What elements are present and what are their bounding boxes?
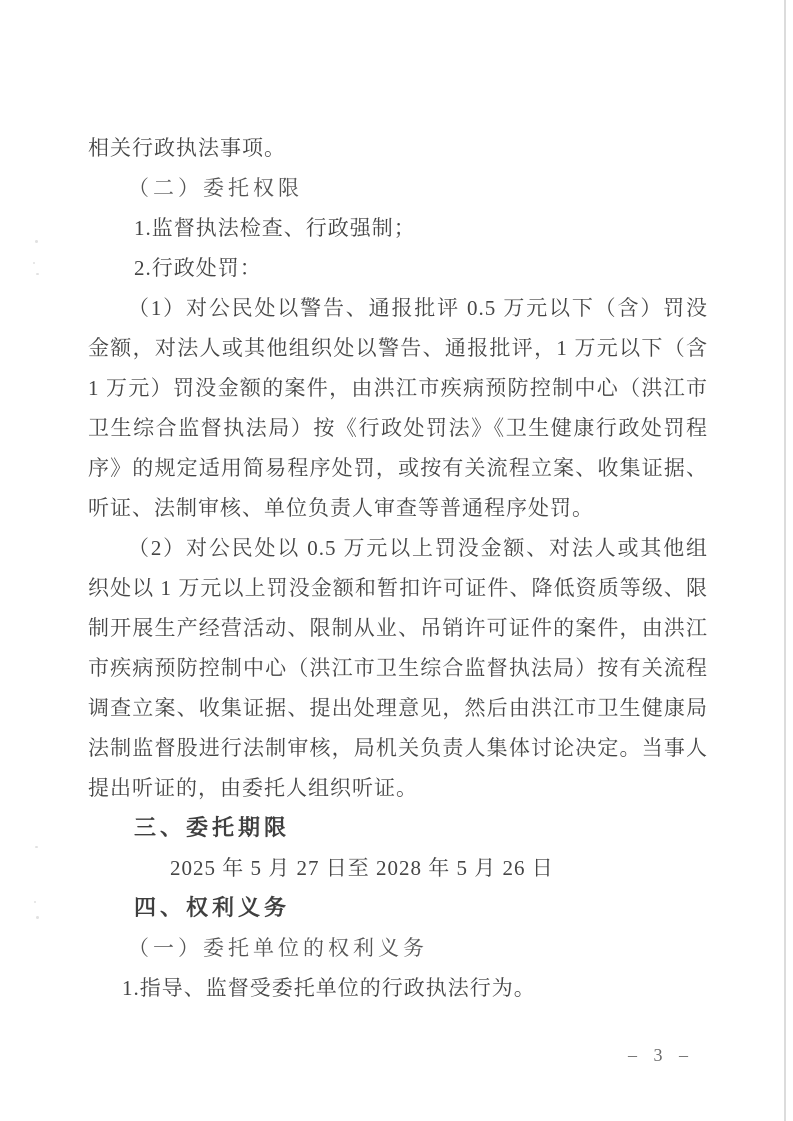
text-line: 听证、法制审核、单位负责人审查等普通程序处罚。 xyxy=(88,488,708,528)
text-line: 1.监督执法检查、行政强制； xyxy=(88,208,708,248)
scan-speck xyxy=(34,901,36,903)
section-heading: 四、权利义务 xyxy=(88,888,708,928)
text-line: 1 万元）罚没金额的案件，由洪江市疾病预防控制中心（洪江市 xyxy=(88,368,708,408)
date-range-line: 2025 年 5 月 27 日至 2028 年 5 月 26 日 xyxy=(88,848,708,888)
text-line: 相关行政执法事项。 xyxy=(88,128,708,168)
text-line: 序》的规定适用简易程序处罚，或按有关流程立案、收集证据、 xyxy=(88,448,708,488)
scan-speck xyxy=(33,262,35,264)
text-line: 法制监督股进行法制审核，局机关负责人集体讨论决定。当事人 xyxy=(88,728,708,768)
scan-speck xyxy=(35,240,38,243)
scan-speck xyxy=(35,846,38,848)
text-line: 卫生综合监督执法局）按《行政处罚法》《卫生健康行政处罚程 xyxy=(88,408,708,448)
text-line: 1.指导、监督受委托单位的行政执法行为。 xyxy=(88,968,708,1008)
section-subheading: （一）委托单位的权利义务 xyxy=(88,928,708,968)
text-line: 调查立案、收集证据、提出处理意见，然后由洪江市卫生健康局 xyxy=(88,688,708,728)
scan-speck xyxy=(36,916,39,919)
text-line: 提出听证的，由委托人组织听证。 xyxy=(88,768,708,808)
scan-edge-line xyxy=(784,0,786,1121)
section-subheading: （二）委托权限 xyxy=(88,168,708,208)
text-line: 金额，对法人或其他组织处以警告、通报批评，1 万元以下（含 xyxy=(88,328,708,368)
text-line: （2）对公民处以 0.5 万元以上罚没金额、对法人或其他组 xyxy=(88,528,708,568)
text-line: （1）对公民处以警告、通报批评 0.5 万元以下（含）罚没 xyxy=(88,288,708,328)
text-line: 织处以 1 万元以上罚没金额和暂扣许可证件、降低资质等级、限 xyxy=(88,568,708,608)
text-line: 市疾病预防控制中心（洪江市卫生综合监督执法局）按有关流程 xyxy=(88,648,708,688)
page-number: – 3 – xyxy=(628,1045,694,1066)
scan-speck xyxy=(36,273,39,275)
text-line: 制开展生产经营活动、限制从业、吊销许可证件的案件，由洪江 xyxy=(88,608,708,648)
document-page: 相关行政执法事项。 （二）委托权限 1.监督执法检查、行政强制； 2.行政处罚：… xyxy=(0,0,793,1121)
section-heading: 三、委托期限 xyxy=(88,808,708,848)
text-line: 2.行政处罚： xyxy=(88,248,708,288)
document-text-block: 相关行政执法事项。 （二）委托权限 1.监督执法检查、行政强制； 2.行政处罚：… xyxy=(88,128,708,1008)
